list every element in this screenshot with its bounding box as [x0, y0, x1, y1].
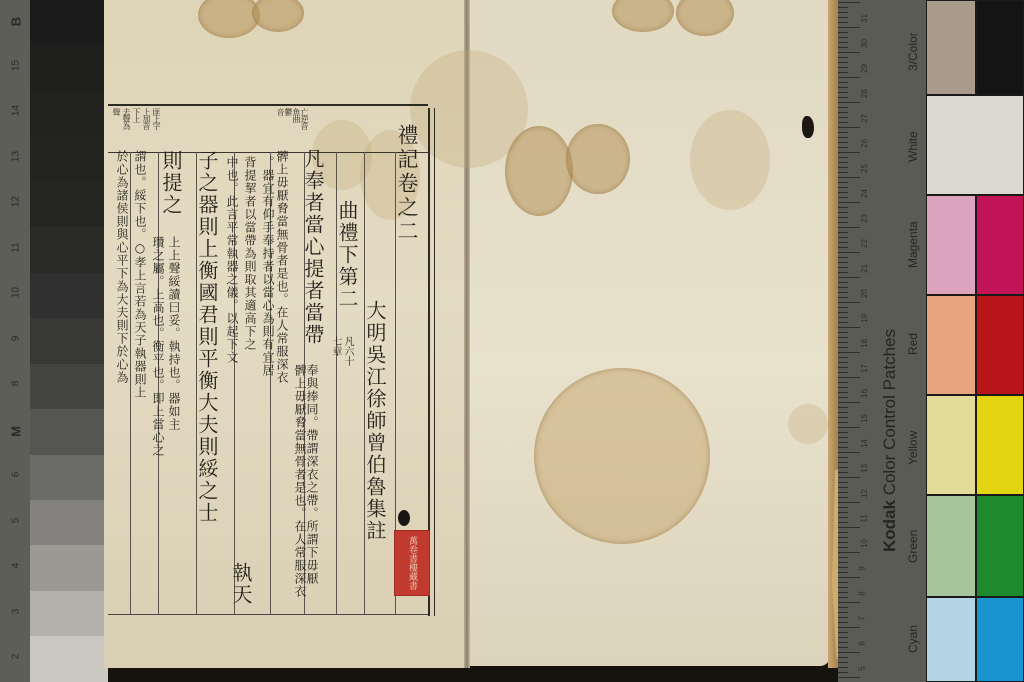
grayscale-steps — [30, 0, 108, 682]
ruler-tick — [838, 342, 848, 343]
ruler-tick — [838, 237, 848, 238]
text-column-5: 。器宜有仰手奉持者以當心為則有宜居 — [262, 156, 274, 377]
ruler-tick — [838, 162, 848, 163]
ruler-number: 17 — [860, 364, 869, 373]
frame-border-top — [108, 104, 428, 106]
patch-magenta-dark — [976, 195, 1024, 295]
ruler-tick — [838, 62, 848, 63]
red-collector-seal: 萬卷書樓藏書 — [394, 530, 430, 596]
ruler-tick — [838, 637, 848, 638]
ruler-tick — [838, 187, 848, 188]
gray-step — [30, 318, 108, 363]
ruler-tick — [838, 442, 848, 443]
ruler-tick — [838, 412, 848, 413]
kodak-brand: Kodak — [880, 500, 899, 552]
ruler-number: 24 — [860, 189, 869, 198]
ruler-tick — [838, 417, 848, 418]
ruler-tick — [838, 307, 848, 308]
ruler-tick — [838, 277, 860, 278]
ruler-number: 16 — [860, 389, 869, 398]
grayscale-label: B — [9, 10, 24, 34]
ruler-tick — [838, 227, 860, 228]
ruler-number: 25 — [860, 164, 869, 173]
ruler-tick — [838, 12, 848, 13]
text-column-9: 子之器則上衡國君則平衡大夫則綏之士 — [196, 150, 218, 524]
ruler-number: 30 — [860, 39, 869, 48]
text-column-2: 奉與捧同。帶謂深衣之帶。所謂下毋厭 — [306, 364, 318, 585]
patch-label: Green — [906, 529, 920, 562]
chapter-note-1: 凡六十 — [342, 336, 352, 366]
volume-title: 禮記卷之二 — [396, 124, 418, 244]
head-note-right-4: 亡逆音 — [300, 108, 309, 129]
chapter-note-2: 七章 — [330, 336, 340, 356]
ruler-tick — [838, 357, 848, 358]
gray-step — [30, 273, 108, 318]
ruler-tick — [838, 182, 848, 183]
ruler-tick — [838, 272, 848, 273]
ruler-tick — [838, 337, 848, 338]
ruler-tick — [838, 602, 860, 603]
ruler-tick — [838, 437, 848, 438]
ruler-tick — [838, 102, 860, 103]
ruler-tick — [838, 597, 848, 598]
patch-red-light — [926, 295, 976, 395]
ruler-tick — [838, 152, 860, 153]
ruler-tick — [838, 267, 848, 268]
grayscale-label: 9 — [11, 326, 22, 350]
ruler-tick — [838, 537, 848, 538]
ruler-tick — [838, 457, 848, 458]
patch-green-light — [926, 495, 976, 597]
ruler-tick — [838, 232, 848, 233]
ruler-tick — [838, 592, 848, 593]
gray-step — [30, 409, 108, 454]
ruler-tick — [838, 607, 848, 608]
water-stain — [505, 126, 573, 216]
text-column-11: 上上聲綏讀曰妥。執持也。器如主 — [168, 236, 180, 431]
ruler-tick — [838, 297, 848, 298]
ruler-tick — [838, 562, 848, 563]
patch-label: Yellow — [906, 431, 920, 465]
water-stain — [690, 110, 770, 210]
ruler-tick — [838, 127, 860, 128]
ruler-tick — [838, 462, 848, 463]
ruler-tick — [838, 577, 860, 578]
ruler-tick — [838, 402, 860, 403]
gray-step — [30, 545, 108, 590]
ruler-tick — [838, 132, 848, 133]
ruler-number: 26 — [860, 139, 869, 148]
text-column-3: 髀上毋厭脅當無骨者是也。在人常服深衣 — [294, 364, 306, 598]
grayscale-label: 4 — [11, 554, 22, 578]
text-column-8: 執天 — [230, 562, 252, 606]
ruler-tick — [838, 542, 848, 543]
ruler-tick — [838, 22, 848, 23]
ruler-tick — [838, 632, 848, 633]
ruler-tick — [838, 282, 848, 283]
ruler-tick — [838, 662, 848, 663]
ruler-tick — [838, 77, 860, 78]
ruler-tick — [838, 212, 848, 213]
gray-step — [30, 455, 108, 500]
ruler-tick — [838, 567, 848, 568]
ruler-tick — [838, 347, 848, 348]
ruler-tick — [838, 312, 848, 313]
water-stain — [534, 368, 710, 544]
head-note-left-2: 去聲為 — [122, 108, 131, 129]
text-column-1: 凡奉者當心提者當帶 — [302, 148, 324, 346]
grayscale-label: 3 — [11, 599, 22, 623]
frame-border-bottom — [108, 614, 428, 615]
ruler-tick — [838, 222, 848, 223]
patch-yellow-dark — [976, 395, 1024, 495]
ruler-tick — [838, 197, 848, 198]
water-stain — [788, 404, 828, 444]
ruler-tick — [838, 427, 860, 428]
ruler-tick — [838, 387, 848, 388]
ruler-tick — [838, 177, 860, 178]
ruler-tick — [838, 522, 848, 523]
ruler-number: 5 — [858, 666, 867, 670]
ruler-tick — [838, 207, 848, 208]
ruler-tick — [838, 377, 860, 378]
text-column-12: 瓚之屬。上高也。衡平也。即上當心之 — [152, 236, 164, 457]
ruler-tick — [838, 517, 848, 518]
ruler-tick — [838, 472, 848, 473]
gray-step — [30, 45, 108, 90]
ruler-tick — [838, 677, 860, 678]
ruler-tick — [838, 612, 848, 613]
ruler-tick — [838, 467, 848, 468]
patch-cyan-dark — [976, 597, 1024, 682]
grayscale-label: 10 — [11, 281, 22, 305]
ruler-number: 13 — [860, 464, 869, 473]
ruler-tick — [838, 87, 848, 88]
ruler-tick — [838, 532, 848, 533]
gray-step — [30, 182, 108, 227]
head-note-left-5: 匪上字 — [152, 108, 161, 129]
patch-green-dark — [976, 495, 1024, 597]
gray-step — [30, 0, 108, 45]
ruler-tick — [838, 622, 848, 623]
grayscale-label: M — [9, 419, 24, 443]
ruler-tick — [838, 287, 848, 288]
author-line: 大明吳江徐師曾伯魯集註 — [364, 300, 386, 542]
patch-label: Red — [906, 333, 920, 355]
ruler-tick — [838, 157, 848, 158]
kodak-target-title: Kodak Color Control Patches — [880, 329, 900, 552]
header-band-divider — [108, 152, 428, 153]
grayscale-label: 11 — [11, 235, 22, 259]
ruler-tick — [838, 82, 848, 83]
text-column-6: 背提挈者以當帶為則取其適高下之 — [244, 156, 256, 351]
ruler-tick — [838, 72, 848, 73]
ruler-tick — [838, 147, 848, 148]
grayscale-label: 6 — [11, 463, 22, 487]
ruler-number: 10 — [860, 539, 869, 548]
ruler-number: 29 — [860, 64, 869, 73]
ruler-tick — [838, 57, 848, 58]
patch-3-color-light — [926, 0, 976, 95]
ruler-tick — [838, 217, 848, 218]
ruler-tick — [838, 512, 848, 513]
ruler-tick — [838, 487, 848, 488]
ruler-tick — [838, 367, 848, 368]
text-column-14: 於心為諸侯則與心平下為大夫則下於心為 — [116, 150, 128, 384]
ruler-tick — [838, 587, 848, 588]
seal-char: 萬卷書樓藏書 — [405, 536, 419, 590]
patch-white — [926, 95, 1024, 195]
patch-3-color-dark — [976, 0, 1024, 95]
ruler-number: 15 — [860, 414, 869, 423]
ruler-number: 19 — [860, 314, 869, 323]
ruler-tick — [838, 432, 848, 433]
ruler-tick — [838, 477, 860, 478]
ruler-number: 11 — [860, 514, 869, 522]
ruler-number: 6 — [858, 641, 867, 645]
head-note-left-3: 下上 — [132, 108, 141, 122]
text-column-7: 中也。此言平常執器之儀。以起下文 — [226, 156, 238, 364]
patch-red-dark — [976, 295, 1024, 395]
ruler-tick — [838, 572, 848, 573]
text-column-10: 則提之 — [160, 150, 182, 216]
ruler-tick — [838, 122, 848, 123]
gray-step — [30, 636, 108, 681]
ruler-tick — [838, 332, 848, 333]
ruler-tick — [838, 617, 848, 618]
ruler-tick — [838, 317, 848, 318]
ruler-tick — [838, 497, 848, 498]
head-note-left-1: 聲 — [112, 108, 121, 115]
ruler-tick — [838, 202, 860, 203]
ruler-tick — [838, 372, 848, 373]
ruler-tick — [838, 292, 848, 293]
text-column-13: 謂也。綏下也。○孝上言若為天子執器則上 — [134, 150, 146, 399]
ruler-tick — [838, 382, 848, 383]
ruler-number: 31 — [860, 14, 869, 23]
ruler-tick — [838, 447, 848, 448]
ruler-tick — [838, 502, 860, 503]
grayscale-label: 13 — [11, 144, 22, 168]
ruler-tick — [838, 52, 860, 53]
patch-label: 3/Color — [906, 32, 920, 71]
grayscale-label: 12 — [11, 190, 22, 214]
ruler-number: 12 — [860, 489, 869, 498]
ruler-tick — [838, 327, 860, 328]
ruler-tick — [838, 407, 848, 408]
ruler-tick — [838, 17, 848, 18]
ruler-tick — [838, 242, 848, 243]
ruler-tick — [838, 627, 860, 628]
gray-step — [30, 91, 108, 136]
ruler-tick — [838, 422, 848, 423]
ruler-number: 20 — [860, 289, 869, 298]
ruler-tick — [838, 37, 848, 38]
grayscale-label: 8 — [11, 372, 22, 396]
ruler-tick — [838, 352, 860, 353]
ruler-tick — [838, 672, 848, 673]
ruler-tick — [838, 7, 848, 8]
kodak-subtitle: Color Control Patches — [880, 329, 899, 495]
ruler-tick — [838, 492, 848, 493]
patch-yellow-light — [926, 395, 976, 495]
ruler-tick — [838, 452, 860, 453]
gray-step — [30, 591, 108, 636]
ruler-tick — [838, 192, 848, 193]
ruler-tick — [838, 392, 848, 393]
ink-blot — [398, 510, 410, 526]
ruler-number: 28 — [860, 89, 869, 98]
grayscale-label: 5 — [11, 508, 22, 532]
grayscale-label: 15 — [11, 53, 22, 77]
ruler-tick — [838, 107, 848, 108]
ruler-tick — [838, 112, 848, 113]
ruler-number: 9 — [858, 566, 867, 570]
ruler-tick — [838, 397, 848, 398]
patch-cyan-light — [926, 597, 976, 682]
ruler-tick — [838, 47, 848, 48]
head-note-left-4: 上加音 — [142, 108, 151, 129]
ruler-tick — [838, 667, 848, 668]
patch-magenta-light — [926, 195, 976, 295]
ruler-tick — [838, 137, 848, 138]
ruler-tick — [838, 582, 848, 583]
ruler-tick — [838, 647, 848, 648]
gray-step — [30, 227, 108, 272]
ruler-tick — [838, 302, 860, 303]
ruler-tick — [838, 657, 848, 658]
ruler-tick — [838, 262, 848, 263]
ruler-number: 22 — [860, 239, 869, 248]
ruler-tick — [838, 247, 848, 248]
ruler-tick — [838, 527, 860, 528]
ruler-tick — [838, 42, 848, 43]
ruler-tick — [838, 117, 848, 118]
ruler-number: 27 — [860, 114, 869, 123]
grayscale-label: 14 — [11, 99, 22, 123]
grayscale-label: 2 — [11, 645, 22, 669]
ruler-number: 18 — [860, 339, 869, 348]
gray-step — [30, 364, 108, 409]
water-stain — [566, 124, 630, 194]
ruler-tick — [838, 172, 848, 173]
ruler-tick — [838, 32, 848, 33]
ruler-tick — [838, 142, 848, 143]
ruler-tick — [838, 2, 860, 3]
ruler-tick — [838, 547, 848, 548]
patch-label: Magenta — [906, 221, 920, 268]
ruler-tick — [838, 257, 848, 258]
patch-label: White — [906, 131, 920, 162]
ruler-number: 8 — [858, 591, 867, 595]
column-rule — [130, 152, 131, 614]
ruler-tick — [838, 482, 848, 483]
color-control-patches — [926, 0, 1024, 682]
ruler-tick — [838, 97, 848, 98]
chapter-heading: 曲禮下第二 — [336, 200, 358, 310]
ruler-tick — [838, 167, 848, 168]
ruler-tick — [838, 642, 848, 643]
gray-step — [30, 500, 108, 545]
patch-label: Cyan — [906, 625, 920, 653]
ruler-tick — [838, 552, 860, 553]
gray-step — [30, 136, 108, 181]
ruler-tick — [838, 27, 860, 28]
ruler-number: 23 — [860, 214, 869, 223]
ruler-number: 7 — [858, 616, 867, 620]
ruler-tick — [838, 557, 848, 558]
ruler-tick — [838, 322, 848, 323]
ruler-tick — [838, 507, 848, 508]
ruler-tick — [838, 652, 860, 653]
ruler-number: 21 — [860, 264, 869, 273]
ruler-number: 14 — [860, 439, 869, 448]
ruler-tick — [838, 67, 848, 68]
text-column-4: 髀上毋厭脅當無骨者是也。在人常服深衣 — [276, 150, 288, 384]
ruler-tick — [838, 362, 848, 363]
ruler-tick — [838, 92, 848, 93]
worm-hole — [802, 116, 814, 138]
ruler-tick — [838, 252, 860, 253]
